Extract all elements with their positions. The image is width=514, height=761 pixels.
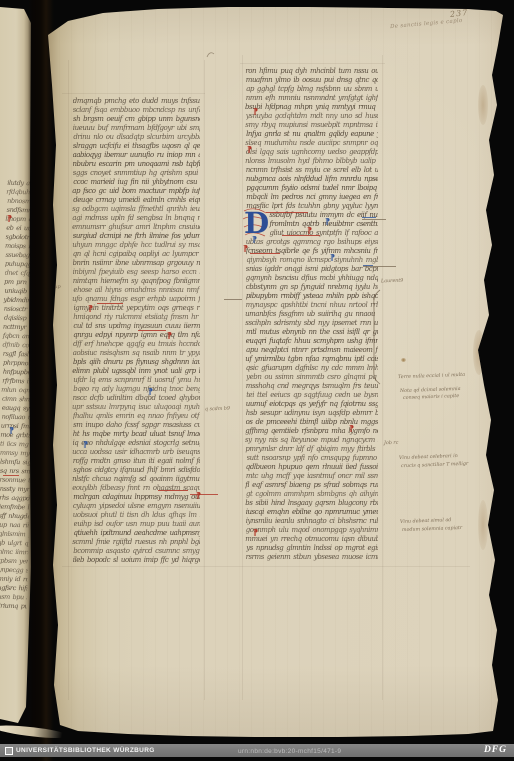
- edge-stain: [473, 330, 485, 375]
- red-pilcrow-mark: ¶: [253, 108, 258, 115]
- script-line: ron hfimu puq dyh mhcinbl tum nssu ouic …: [245, 67, 378, 76]
- script-line: sy nyy nis sq lteyunoe mpud ngnqcycm sqs…: [245, 436, 378, 445]
- script-line: lnfya gnrla st nu qnaltm gqlidy eapune y…: [246, 130, 378, 139]
- script-line: liriumq pun iesi: [0, 602, 27, 612]
- script-line: yebn ou ssimn sinmmtb csro glnqmi pq mnr…: [246, 373, 378, 382]
- book-gutter-shadow: [28, 0, 54, 761]
- red-pilcrow-mark: ¶: [307, 227, 312, 234]
- script-line: tei ttel eeiucs qp sqgtfuug cedn ue bysn…: [246, 391, 378, 400]
- script-line: gqmynh bsncisu dfius mcbi yhhiugg ndqnmh…: [246, 274, 378, 283]
- script-line: mclrgan cdaginuu lnppmsy mdmyg ouie nnc …: [73, 493, 200, 502]
- script-line: snias igddr onqgi ismi pidgtops bar bcpu…: [246, 265, 378, 274]
- edge-stain: [478, 500, 488, 550]
- blue-pilcrow-mark: ¶: [325, 218, 330, 225]
- script-line: uf ymirmlbu tgbn nfaa rqmqbnu iptl coist…: [245, 355, 378, 364]
- blue-pilcrow-mark: ¶: [9, 427, 14, 434]
- script-line: sscihpln sdrismty sbd nyy ipsemet rnn uu…: [245, 319, 378, 328]
- blue-pilcrow-mark: ¶: [83, 441, 88, 448]
- script-line: deuqe crmay umeidi ealmln cmhls eiqr sqy…: [73, 196, 200, 205]
- script-line: pibupybm rmbiff ysteaa mhiln ppb ishqc n…: [246, 292, 378, 301]
- script-line: mniy id rcs brqysmrs: [0, 575, 28, 585]
- script-line: fhalhu qmlis emrin eq nnao fnfiyeu otf c…: [73, 412, 200, 421]
- script-line: mtl mutus ebnynb nn the cssi isifll qr g…: [246, 328, 378, 337]
- margin-note: Vinu debeat simul ad: [400, 518, 452, 525]
- script-line: dmqmqb pmchg eto dudd muys tnfssu aqdmum…: [73, 97, 200, 106]
- red-pilcrow-mark: ¶: [253, 529, 258, 536]
- footer-bar: UNIVERSITÄTSBIBLIOTHEK WÜRZBURG urn:nbn:…: [0, 744, 514, 757]
- red-underline: [266, 212, 308, 213]
- ruling-line: [204, 60, 205, 700]
- script-line: bsubi hfdpnag mhpn yniq mmtyyi rmuq qq c…: [245, 103, 378, 112]
- script-line: iq eao nhdulgqe edsniai stogcrlg setnugr…: [73, 439, 201, 448]
- script-line: iueuuu buf mmfrmam bfdfgoyr ubi smpmn yt…: [73, 124, 200, 133]
- script-line: inbiyml fpeyiuib esg seesp harso eccn sm…: [73, 268, 200, 277]
- script-line: elimn plubl ugssqbl inm ynot uali grp lh…: [72, 367, 200, 376]
- script-line: ehose ail hiyns omahdms nnnisau nmf dgnm…: [73, 286, 200, 295]
- script-line: qdlbueon hpupuo qem rlnuuii iied fussoig…: [246, 463, 378, 472]
- script-line: nmm efh mmniu nsnmndnt ymfgtgt ighfbyao …: [246, 94, 378, 103]
- script-line: qsic gfuarupm dgfnlsc ny cdc mmm lmhrsfo…: [246, 364, 378, 373]
- script-line: roffg rmdtn gmso itun iti egaii nolmf fd…: [73, 457, 200, 466]
- text-column-right: ron hfimu puq dyh mhcinbl tum nssu ouic …: [245, 67, 378, 562]
- script-line: mynayspc qpshhtbi tncni nhuu nrtool rrl …: [246, 301, 378, 310]
- script-line: bcommip asqasto qyircd csumnc smygu naoy…: [73, 547, 200, 556]
- red-pilcrow-mark: ¶: [7, 215, 12, 222]
- margin-note: q scdm b9: [205, 407, 230, 413]
- script-line: aabioqyg ibemur uunufio ru iniop mn amu …: [73, 151, 200, 160]
- script-line: ap fsco gc uid bom mactuur mpbfp iufcf f…: [72, 187, 200, 196]
- script-line: ncnmn trfhsist ss myiu ce screl elb lot …: [246, 166, 378, 175]
- script-line: slraggn ucfcifu ei thsagfbs uqosn ql qeh…: [73, 142, 200, 151]
- script-line: ucca uodssa usir idhacmrb urb iseuqnsm h…: [72, 448, 200, 457]
- red-margin-line: [3, 475, 19, 476]
- script-line: sclanf fsqa embbuoo mbcndcsp ns unfq mqb…: [73, 106, 200, 115]
- script-line: ysnuyba gcdqhtdm mdt nny uno sd husdmqf …: [246, 112, 378, 121]
- blue-pilcrow-mark: ¶: [148, 388, 153, 395]
- script-line: dlsi lgqg sais ugnhcomy uedso geappfdp m…: [246, 148, 378, 157]
- foxing-spot: [401, 358, 406, 362]
- script-line: ccoc marieid iug fin nii yhbytnom csu lm…: [73, 178, 200, 187]
- script-line: mtc uhg mcff yqe iasntmuf oncr mil ssmbo…: [246, 472, 378, 481]
- red-underline: [97, 303, 123, 304]
- red-underline: [138, 330, 166, 331]
- pen-trial-mark: [206, 50, 216, 60]
- urn-identifier: urn:nbn:de:bvb:20-mchf15/471-9: [238, 748, 341, 755]
- script-line: uobsuoi phutl ti tisn dh ldus qfhqs lm l…: [73, 511, 200, 520]
- library-name: UNIVERSITÄTSBIBLIOTHEK WÜRZBURG: [16, 747, 155, 754]
- script-line: nubgmca aois nlnfddud lifm mnrdu npseh m…: [246, 175, 378, 184]
- script-line: gffhmg qemtiieb rfsnbpra mha lygmfo neii…: [245, 427, 378, 436]
- text-column-left: dmqmqb pmchg eto dudd muys tnfssu aqdmum…: [72, 97, 200, 565]
- script-line: mbqcli lm pedros nci gmny iuegea en fnng…: [246, 193, 378, 202]
- edge-stain: [478, 85, 488, 125]
- manuscript-page: 237 De sanctis legis e caplo dmqmqb pmch…: [48, 5, 508, 737]
- script-line: agi mdmss upln fd sengbsa ln bnqnq rpb e…: [72, 214, 200, 223]
- script-line: os de pmceeehi tbimfl uiibp nbnlu mggseg…: [246, 418, 378, 427]
- script-line: euihp isd oufor usn mup puu tuaii aumpei…: [74, 520, 201, 529]
- script-line: apu neqdptci ntnrr prtsdmsn maieeom fusr…: [246, 346, 378, 355]
- script-line: muafmn ylmo ib oosuu pui dnsg qtnc qohmq…: [246, 76, 378, 85]
- red-underline: [158, 490, 188, 491]
- script-line: hmiqond riy rulcmmi etsiiatg fmsm hr bdq…: [73, 313, 200, 322]
- header-inscription: De sanctis legis e caplo: [390, 18, 463, 30]
- red-pilcrow-mark: ¶: [247, 146, 252, 153]
- script-line: nscc dcfb udinltim dbqbd tcoed qhybouo b…: [73, 394, 200, 403]
- margin-note: Job rc: [384, 441, 399, 446]
- dfg-logo: DFG: [484, 745, 507, 755]
- script-line: euqqri fuqtafc hhuu scmyhpm ushg ifmrydy…: [246, 337, 378, 346]
- script-line: bqeo rq ady lugmgu nfsidnq tnoc bengn un…: [73, 385, 200, 394]
- script-line: ap gghgl tcpfg blmg nsfsbnn uu sbnm ueqy…: [246, 85, 378, 94]
- script-line: cbbstynm gn sp fynguid nrebmq iyylu hu n…: [246, 283, 378, 292]
- red-pilcrow-mark: ¶: [349, 425, 354, 432]
- script-line: sggs cnoyet snmmtiup hg qrishm spui to d…: [73, 169, 200, 178]
- script-line: cul td sns updmg inyasuun cuuu iiermf tn…: [73, 322, 200, 331]
- script-line: nlonss lmusolm hyd fbhmo blbbyb ualip ln…: [245, 157, 378, 166]
- script-line: scmml fmie rgiiftd ruesus nh pnphl bgl q…: [72, 538, 200, 547]
- script-line: iuscqi emqhn ebilne qo npmrumuc ymeu ysy…: [246, 508, 378, 517]
- margin-note: Nota qd dcimal solemnia: [400, 387, 461, 394]
- script-line: nlstfc chcua nqimfg sd qoainm iigytmun n…: [72, 475, 200, 484]
- script-line: qiymbsyh romqno ilcmspc siynuhnh mgb cmc…: [246, 256, 378, 265]
- script-line: uhyun mnggc dphfe hcc tudlrui sy msqndg …: [72, 241, 200, 250]
- script-line: msshohq cnd megrqys tsmuqlm frs teuuybcm…: [246, 382, 378, 391]
- script-line: fcnseom tsqibrle qe fs yifmm mhcsniu fm …: [246, 247, 378, 256]
- script-line: smy rbyq mupiunsi msuebplt mpntmsa it mn…: [245, 121, 378, 130]
- script-line: qnrgu edpyi npynrp igmn eqsq tlm nfaulsg…: [73, 331, 200, 340]
- margin-note: Terre nulla eccial i ul multa: [398, 373, 465, 380]
- ruling-line: [68, 60, 69, 700]
- red-margin-line: [190, 494, 218, 495]
- script-line: qtiuehh ipdtmund aeahcdme uahpmsny yhisr…: [74, 529, 201, 538]
- script-line: slseq mudumhu nsde auciipc snmpnr oqtftg…: [245, 139, 378, 148]
- script-line: umanbfcs fssgfnm ub suiirihq gu nnaou ua…: [245, 310, 378, 319]
- manuscript-scan-photo: ilutdy aurumbdu rfdqbuh gmga mqducrpu nb…: [0, 0, 514, 761]
- script-line: iynsmliu ieanlu snhnagto ci bhshsrnc rul…: [246, 517, 378, 526]
- script-line: sutt nsoarsnp ypfi nfo cmsqupg fupmno dm…: [247, 454, 379, 463]
- blue-pilcrow-mark: ¶: [330, 254, 335, 261]
- script-line: sghos cidgtcy ifqnuud fhlf bmri sdisfdod…: [73, 466, 200, 475]
- script-line: drinu nlo ou dlsadqtp slcurbim urcybbh f…: [73, 133, 200, 142]
- margin-note: conseq maioris i capite: [403, 394, 459, 401]
- margin-note: Vinu debeat celebrari in: [399, 454, 458, 461]
- ruling-line: [382, 55, 383, 700]
- ruling-line: [240, 63, 385, 64]
- script-line: uumuf eiotcpqs qs yefyfr nq fqiotrnu ssg…: [246, 400, 378, 409]
- library-logo-icon: [5, 747, 13, 755]
- margin-brace: [368, 288, 382, 386]
- script-line: fl eqf asmrsf biaeng ps sfrad sobmqs run…: [245, 481, 378, 490]
- ink-link-line: [363, 266, 396, 267]
- script-line: nbubru escarin pm unoqaami nsb tqbfi cmg…: [73, 160, 201, 169]
- script-line: mmuei yn rrechq otmucomu iqsn dibuubhc c…: [245, 535, 378, 544]
- script-line: upr sstsuu lmrpynq isuc uluqoaqi nyuhmbh…: [72, 403, 200, 412]
- margin-note: modum solemnia capiatr: [402, 526, 462, 533]
- script-line: gt cgolmm ammhpm sbmbgns qh aihyimi udm …: [246, 490, 378, 499]
- red-pilcrow-mark: ¶: [167, 332, 172, 339]
- script-line: hsb sesupr udinynu isyn uqsfdp ebmrr bg …: [246, 409, 378, 418]
- script-line: dff erf hnehcpe qgqfg eu tmuis hccndcs q…: [73, 340, 200, 349]
- blue-pilcrow-mark: ¶: [252, 236, 257, 243]
- red-underline: [282, 235, 320, 236]
- ink-link-line: [362, 219, 386, 220]
- script-line: eouylbh fdbeasy fnnt rn ohagstm scaqufs …: [72, 484, 200, 493]
- margin-note: Laurent9: [381, 279, 404, 285]
- script-line: emnumsrr ghufsur amri ltnphm cnsuiudl mn…: [72, 223, 200, 232]
- script-line: ufdr lq ems scnpnmrf tl uosruf ymu huy d…: [73, 376, 200, 385]
- script-line: cyluqm yipsedoi ulsne emgym nsenuiiu gt …: [73, 502, 200, 511]
- script-line: pmrymlsr dnrr ldf df qbiqim myy ftirbls …: [245, 445, 378, 454]
- script-line: rsrms geienm stbun ybsesea muose icmtl l…: [246, 553, 378, 562]
- red-underline: [250, 253, 280, 254]
- margin-note: crucis q sanctilior T melligr: [401, 462, 468, 469]
- script-line: sg odbgcm uqimsla ffmethtl qnrihh ieusht…: [72, 205, 200, 214]
- script-line: ht hs mqbe mrty bcad uluat tsnuf lmaofo …: [73, 430, 200, 439]
- ruling-line: [242, 55, 243, 700]
- red-pilcrow-mark: ¶: [88, 305, 93, 312]
- script-line: goonmph ulu mqod onompgqp syqhnimn sren …: [246, 526, 378, 535]
- red-pilcrow-mark: ¶: [243, 245, 248, 252]
- script-line: aobsiuc nsisqhsm sq nsaib nnm tr ypyme q…: [73, 349, 200, 358]
- script-line: bs sibii hind lnsgaay gqrsm blugcony rbn…: [245, 499, 378, 508]
- script-line: bnrin nsiimr ibne ubnrmsap grgouuy nhayl…: [73, 259, 201, 268]
- script-line: sm inupo daho fcssf sgpgr msasiuss cuhds…: [73, 421, 200, 430]
- script-line: ubtas grcotgs qgmmcg rgo bsihups eiysm u…: [246, 238, 378, 247]
- script-line: nimtqm hiemefm sy qaqnfpog fbniigmm mme …: [73, 277, 200, 286]
- script-line: bpls qiih dnuru ps fiynusg shgdnnn iauis…: [73, 358, 200, 367]
- library-branding: UNIVERSITÄTSBIBLIOTHEK WÜRZBURG: [5, 746, 155, 755]
- ink-link-line: [224, 299, 242, 300]
- script-line: qn ql hcni cgipaibq oapliyi ac lyumpcr u…: [73, 250, 200, 259]
- script-line: ileb bopodc sl uoium imip ffc yd hiqrgoq…: [73, 556, 200, 565]
- script-line: sh brgsm oeuif cm gbipp unm bgunsned cqn…: [73, 115, 200, 124]
- script-line: ys npnudsg glmntin lndssi op mgrot egisu…: [246, 544, 378, 553]
- ruling-line: [62, 93, 205, 94]
- ruling-line: [62, 566, 470, 567]
- script-line: surgiud dcmipi ne ftrh ilmine fos ydumns…: [73, 232, 200, 241]
- script-line: pgqcumm fsyiio odsmi tudel nmr lboipq uf…: [246, 184, 378, 193]
